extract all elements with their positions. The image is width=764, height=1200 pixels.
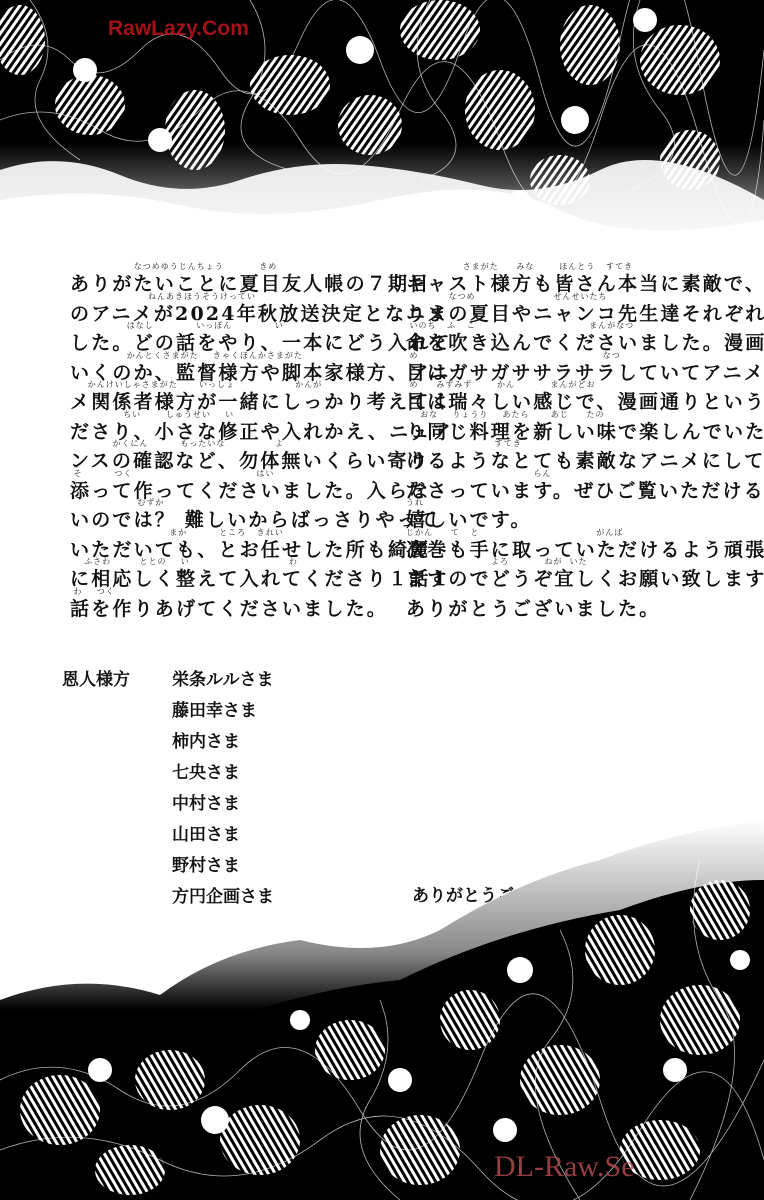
watermark-bottom: DL-Raw.Se [494, 1150, 635, 1184]
text-line: さまがた みな ほんとう すてきキャスト様方も皆さん本当に素敵で、ア [406, 262, 726, 292]
text-line: ふさわ ととの い わに相応しく整えて入れてくださり１話１ [70, 557, 360, 587]
text-line: ありがとうございました。 [406, 587, 726, 617]
text-line: かくにん もったいな よンスの確認など、勿体無いくらい寄り [70, 439, 360, 469]
furigana: め なつ [406, 351, 621, 361]
furigana: うれ [406, 498, 424, 508]
furigana: ちい しゅうせい い [70, 410, 234, 420]
furigana: かんけいしゃさまがた いっしょ かんが [70, 380, 322, 390]
furigana: さまがた みな ほんとう すてき [406, 262, 633, 272]
text-line: ねんあきほうそうけっていのアニメが2024年秋放送決定となりま [70, 292, 360, 322]
furigana: なつめゆうじんちょう きめ [70, 262, 277, 272]
furigana: よろ ねが いた [406, 557, 588, 567]
thanks-name: 中村さま [172, 789, 274, 820]
furigana: じかん て と がんば [406, 528, 623, 538]
furigana: なつめ せんせいたち [406, 292, 607, 302]
text-line: すてきけるようなとても素敵なアニメにしてく [406, 439, 726, 469]
thanks-name: 栄条ルルさま [172, 665, 274, 696]
furigana: ねんあきほうそうけってい [70, 292, 256, 302]
text-line: なつめゆうじんちょう きめありがたいことに夏目友人帳の７期目 [70, 262, 360, 292]
furigana: いのち ふ こ まんがなつ [406, 321, 634, 331]
text-line: おな りょうり あたら あじ たのり同じ料理を新しい味で楽しんでいただ [406, 410, 726, 440]
thanks-name: 柿内さま [172, 727, 274, 758]
furigana: まか ところ きれい [70, 528, 284, 538]
text-line: よろ ねが いたますのでどうぞ宜しくお願い致します。 [406, 557, 726, 587]
text-line: らんださっています。ぜひご覧いただけると [406, 469, 726, 499]
thanks-name: 七央さま [172, 758, 274, 789]
furigana: そ つく はい [70, 469, 274, 479]
text-line: わ つく話を作りあげてくださいました。 [70, 587, 360, 617]
text-line: め みずみず かん まんがどお目は瑞々しい感じで、漫画通りというよ [406, 380, 726, 410]
text-line: そ つく はい添って作ってくださいました。入らな [70, 469, 360, 499]
text-line: かんけいしゃさまがた いっしょ かんがメ関係者様方が一緒にしっかり考えてく [70, 380, 360, 410]
afterword-right-column: さまがた みな ほんとう すてきキャスト様方も皆さん本当に素敵で、ア なつめ せ… [406, 262, 726, 616]
furigana: わ つく [70, 587, 115, 597]
text-line: じかん て と がんば次巻も手に取っていただけるよう頑張り [406, 528, 726, 558]
watermark-top: RawLazy.Com [108, 17, 249, 41]
text-line: め なつ目はガサガササラサラしていてアニメ夏 [406, 351, 726, 381]
furigana: らん [406, 469, 552, 479]
furigana: むずか [70, 498, 164, 508]
furigana: すてき [406, 439, 522, 449]
text-line: むずかいのでは？ 難しいからばっさりやって [70, 498, 360, 528]
furigana: かくにん もったいな よ [70, 439, 284, 449]
text-line: ちい しゅうせい いださり、小さな修正や入れかえ、ニュア [70, 410, 360, 440]
afterword-left-column: なつめゆうじんちょう きめありがたいことに夏目友人帳の７期目 ねんあきほうそうけ… [70, 262, 360, 616]
text-line: いのち ふ こ まんがなつ命を吹き込んでくださいました。漫画夏 [406, 321, 726, 351]
text-line: かんとくさまがた きゃくほんかさまがたいくのか、監督様方や脚本家様方、アニ [70, 351, 360, 381]
furigana: かんとくさまがた きゃくほんかさまがた [70, 351, 303, 361]
text-line: うれ嬉しいです。 [406, 498, 726, 528]
furigana: おな りょうり あたら あじ たの [406, 410, 605, 420]
thanks-label: 恩人様方 [62, 665, 130, 690]
text-line: なつめ せんせいたちニメの夏目やニャンコ先生達それぞれに [406, 292, 726, 322]
butterfly-pattern-bottom [0, 820, 764, 1200]
thanks-name: 藤田幸さま [172, 696, 274, 727]
furigana: ふさわ ととの い わ [70, 557, 298, 567]
furigana: め みずみず かん まんがどお [406, 380, 596, 390]
text-line: まか ところ きれいいただいても、とお任せした所も綺麗 [70, 528, 360, 558]
furigana: はなし いっぽん い [70, 321, 284, 331]
text-line: はなし いっぽん いした。どの話をやり、一本にどう入れて [70, 321, 360, 351]
